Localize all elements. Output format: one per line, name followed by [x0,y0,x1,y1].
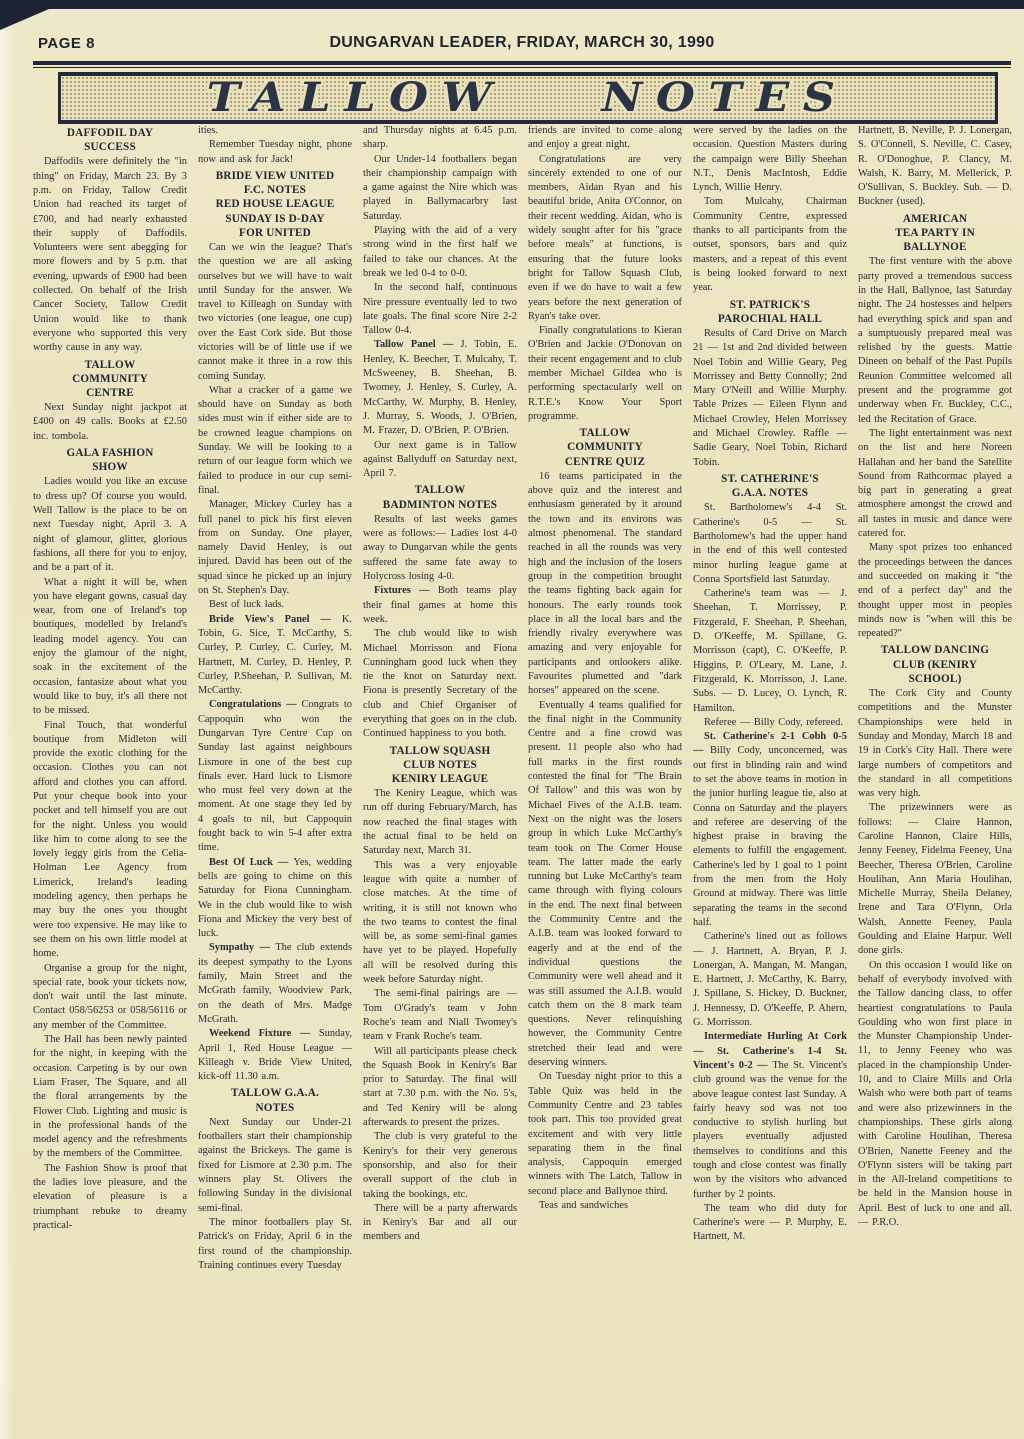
article-heading: TALLOW SQUASH CLUB NOTES KENIRY LEAGUE [363,744,517,787]
paragraph: The semi-final pairings are — Tom O'Grad… [363,987,517,1044]
paragraph: St. Catherine's 2-1 Cobh 0-5 — Billy Cod… [693,730,847,930]
paragraph-lead: Tallow Panel — [374,339,460,350]
paragraph: The light entertainment was next on the … [858,427,1012,541]
paragraph: On this occasion I would like on behalf … [858,959,1012,1231]
paragraph: Congratulations are very sincerely exten… [528,153,682,325]
paragraph: Tom Mulcahy, Chairman Community Centre, … [693,195,847,295]
paragraph: 16 teams participated in the above quiz … [528,470,682,699]
paragraph: Ladies would you like an excuse to dress… [33,475,187,575]
article-heading: TALLOW COMMUNITY CENTRE [33,358,187,401]
paragraph: Teas and sandwiches [528,1199,682,1213]
masthead: DUNGARVAN LEADER, FRIDAY, MARCH 30, 1990 [33,34,1011,52]
column-5: were served by the ladies on the occasio… [693,124,847,1392]
paragraph: ities. [198,124,352,138]
paragraph: The Fashion Show is proof that the ladie… [33,1162,187,1233]
article-heading: TALLOW DANCING CLUB (KENIRY SCHOOL) [858,643,1012,686]
paragraph: The Keniry League, which was run off dur… [363,787,517,858]
paragraph: Referee — Billy Cody, refereed. [693,716,847,730]
paragraph: Next Sunday night jackpot at £400 on 49 … [33,401,187,444]
banner-title: TALLOW NOTES [207,78,849,118]
paragraph: Our next game is in Tallow against Bally… [363,439,517,482]
scan-top-edge [0,0,1024,9]
paragraph: Daffodils were definitely the "in thing"… [33,155,187,355]
paragraph: Best Of Luck — Yes, wedding bells are go… [198,856,352,942]
paragraph: The Cork City and County competitions an… [858,687,1012,801]
paragraph-lead: Intermediate Hurling At Cork — St. Cathe… [693,1031,847,1071]
paragraph: Catherine's lined out as follows — J. Ha… [693,930,847,1030]
column-3: and Thursday nights at 6.45 p.m. sharp.O… [363,124,517,1392]
paragraph: Playing with the aid of a very strong wi… [363,224,517,281]
paragraph: The club is very grateful to the Keniry'… [363,1130,517,1201]
paragraph: Results of last weeks games were as foll… [363,513,517,584]
paragraph: Eventually 4 teams qualified for the fin… [528,699,682,1071]
paragraph-lead: Sympathy — [209,942,275,953]
paragraph: Will all participants please check the S… [363,1045,517,1131]
paragraph: Next Sunday our Under-21 footballers sta… [198,1116,352,1216]
article-heading: ST. CATHERINE'S G.A.A. NOTES [693,472,847,500]
paragraph: Organise a group for the night, special … [33,962,187,1033]
article-heading: AMERICAN TEA PARTY IN BALLYNOE [858,212,1012,255]
paragraph: Hartnett, B. Neville, P. J. Lonergan, S.… [858,124,1012,210]
article-heading: TALLOW COMMUNITY CENTRE QUIZ [528,426,682,469]
article-heading: TALLOW G.A.A. NOTES [198,1086,352,1114]
paragraph: Best of luck lads. [198,598,352,612]
paragraph: Sympathy — The club extends its deepest … [198,941,352,1027]
columns: DAFFODIL DAY SUCCESSDaffodils were defin… [33,124,1012,1392]
paragraph: On Tuesday night prior to this a Table Q… [528,1070,682,1199]
paragraph: Many spot prizes too enhanced the procee… [858,541,1012,641]
paragraph: Our Under-14 footballers began their cha… [363,153,517,224]
paragraph-lead: Fixtures — [374,585,438,596]
page-header: PAGE 8 DUNGARVAN LEADER, FRIDAY, MARCH 3… [33,30,1011,58]
paragraph: St. Bartholomew's 4-4 St. Catherine's 0-… [693,501,847,587]
paragraph: There will be a party afterwards in Keni… [363,1202,517,1245]
paragraph: The first venture with the above party p… [858,255,1012,427]
paragraph: friends are invited to come along and en… [528,124,682,153]
paragraph: The club would like to wish Michael Morr… [363,627,517,741]
paragraph: Remember Tuesday night, phone now and as… [198,138,352,167]
paragraph: Can we win the league? That's the questi… [198,241,352,384]
paragraph: Final Touch, that wonderful boutique fro… [33,719,187,962]
paragraph: Finally congratulations to Kieran O'Brie… [528,324,682,424]
article-heading: GALA FASHION SHOW [33,446,187,474]
header-rule [33,61,1011,68]
paragraph: Catherine's team was — J. Sheehan, T. Mo… [693,587,847,716]
paragraph: Results of Card Drive on March 21 — 1st … [693,327,847,470]
paragraph: Congratulations — Congrats to Cappoquin … [198,698,352,855]
paragraph-lead: St. Catherine's 2-1 Cobh 0-5 — [693,731,847,756]
article-heading: ST. PATRICK'S PAROCHIAL HALL [693,298,847,326]
article-heading: TALLOW BADMINTON NOTES [363,483,517,511]
column-2: ities.Remember Tuesday night, phone now … [198,124,352,1392]
paragraph: Manager, Mickey Curley has a full panel … [198,498,352,598]
column-6: Hartnett, B. Neville, P. J. Lonergan, S.… [858,124,1012,1392]
paragraph: The prizewinners were as follows: — Clai… [858,801,1012,958]
paragraph: and Thursday nights at 6.45 p.m. sharp. [363,124,517,153]
paragraph: Intermediate Hurling At Cork — St. Cathe… [693,1030,847,1202]
paragraph: Bride View's Panel — K. Tobin, G. Sice, … [198,613,352,699]
banner-box: TALLOW NOTES [58,72,998,124]
paragraph: Tallow Panel — J. Tobin, E. Henley, K. B… [363,338,517,438]
article-heading: DAFFODIL DAY SUCCESS [33,126,187,154]
paragraph: were served by the ladies on the occasio… [693,124,847,195]
paragraph-lead: Weekend Fixture — [209,1028,319,1039]
paragraph: Fixtures — Both teams play their final g… [363,584,517,627]
paragraph: What a cracker of a game we should have … [198,384,352,498]
paragraph: Weekend Fixture — Sunday, April 1, Red H… [198,1027,352,1084]
paragraph: The team who did duty for Catherine's we… [693,1202,847,1245]
paragraph: This was a very enjoyable league with qu… [363,859,517,988]
column-1: DAFFODIL DAY SUCCESSDaffodils were defin… [33,124,187,1392]
paragraph: What a night it will be, when you have e… [33,576,187,719]
paragraph-lead: Congratulations — [209,699,301,710]
paragraph: The Hall has been newly painted for the … [33,1033,187,1162]
paragraph: The minor footballers play St. Patrick's… [198,1216,352,1273]
article-heading: BRIDE VIEW UNITED F.C. NOTES RED HOUSE L… [198,169,352,240]
paragraph: In the second half, continuous Nire pres… [363,281,517,338]
column-4: friends are invited to come along and en… [528,124,682,1392]
scan-left-edge [0,30,16,1439]
paragraph-lead: Bride View's Panel — [209,614,342,625]
header-rule-thick [33,61,1011,65]
scan-corner-smudge [0,0,70,30]
paragraph-lead: Best Of Luck — [209,857,293,868]
header-rule-thin [33,67,1011,68]
